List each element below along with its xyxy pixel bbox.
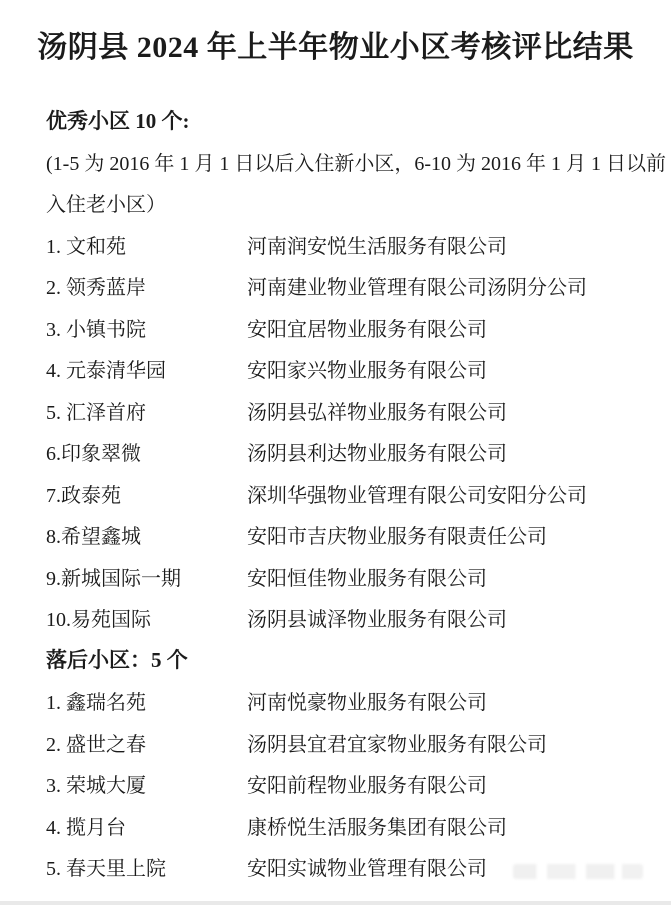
community-label: 4. 元泰清华园 bbox=[46, 354, 247, 383]
company-name: 安阳市吉庆物业服务有限责任公司 bbox=[247, 520, 547, 549]
community-label: 5. 春天里上院 bbox=[46, 852, 247, 881]
community-label: 1. 鑫瑞名苑 bbox=[46, 686, 247, 715]
community-label: 7.政泰苑 bbox=[46, 479, 247, 508]
excellent-item-row: 2. 领秀蓝岸 河南建业物业管理有限公司汤阴分公司 bbox=[46, 265, 665, 307]
watermark bbox=[513, 864, 643, 879]
page-title: 汤阴县 2024 年上半年物业小区考核评比结果 bbox=[0, 22, 671, 66]
company-name: 深圳华强物业管理有限公司安阳分公司 bbox=[247, 479, 587, 508]
excellent-item-row: 5. 汇泽首府 汤阴县弘祥物业服务有限公司 bbox=[46, 390, 665, 432]
lagging-item-row: 1. 鑫瑞名苑 河南悦豪物业服务有限公司 bbox=[46, 680, 665, 722]
company-name: 康桥悦生活服务集团有限公司 bbox=[247, 811, 507, 840]
community-label: 10.易苑国际 bbox=[46, 603, 247, 632]
community-label: 2. 盛世之春 bbox=[46, 728, 247, 757]
company-name: 河南建业物业管理有限公司汤阴分公司 bbox=[247, 271, 587, 300]
excellent-item-row: 6.印象翠微 汤阴县利达物业服务有限公司 bbox=[46, 431, 665, 473]
document-body: 优秀小区 10 个: (1-5 为 2016 年 1 月 1 日以后入住新小区，… bbox=[46, 99, 665, 888]
excellent-item-row: 1. 文和苑 河南润安悦生活服务有限公司 bbox=[46, 224, 665, 266]
excellent-item-row: 10.易苑国际 汤阴县诚泽物业服务有限公司 bbox=[46, 597, 665, 639]
company-name: 安阳宜居物业服务有限公司 bbox=[247, 313, 487, 342]
excellent-item-row: 4. 元泰清华园 安阳家兴物业服务有限公司 bbox=[46, 348, 665, 390]
community-label: 1. 文和苑 bbox=[46, 230, 247, 259]
page-bottom-edge bbox=[0, 901, 671, 905]
company-name: 安阳恒佳物业服务有限公司 bbox=[247, 562, 487, 591]
lagging-section-heading: 落后小区：5 个 bbox=[46, 639, 665, 681]
excellent-note-line-2: 入住老小区） bbox=[46, 182, 665, 224]
excellent-note-line-1: (1-5 为 2016 年 1 月 1 日以后入住新小区，6-10 为 2016… bbox=[46, 141, 665, 183]
company-name: 安阳前程物业服务有限公司 bbox=[247, 769, 487, 798]
company-name: 河南润安悦生活服务有限公司 bbox=[247, 230, 507, 259]
excellent-item-row: 3. 小镇书院 安阳宜居物业服务有限公司 bbox=[46, 307, 665, 349]
company-name: 汤阴县利达物业服务有限公司 bbox=[247, 437, 507, 466]
community-label: 4. 揽月台 bbox=[46, 811, 247, 840]
community-label: 8.希望鑫城 bbox=[46, 520, 247, 549]
company-name: 汤阴县弘祥物业服务有限公司 bbox=[247, 396, 507, 425]
excellent-item-row: 9.新城国际一期 安阳恒佳物业服务有限公司 bbox=[46, 556, 665, 598]
company-name: 汤阴县诚泽物业服务有限公司 bbox=[247, 603, 507, 632]
company-name: 安阳实诚物业管理有限公司 bbox=[247, 852, 487, 881]
lagging-item-row: 4. 揽月台 康桥悦生活服务集团有限公司 bbox=[46, 805, 665, 847]
company-name: 河南悦豪物业服务有限公司 bbox=[247, 686, 487, 715]
community-label: 3. 小镇书院 bbox=[46, 313, 247, 342]
company-name: 汤阴县宜君宜家物业服务有限公司 bbox=[247, 728, 547, 757]
lagging-item-row: 2. 盛世之春 汤阴县宜君宜家物业服务有限公司 bbox=[46, 722, 665, 764]
excellent-item-row: 8.希望鑫城 安阳市吉庆物业服务有限责任公司 bbox=[46, 514, 665, 556]
community-label: 9.新城国际一期 bbox=[46, 562, 247, 591]
community-label: 3. 荣城大厦 bbox=[46, 769, 247, 798]
company-name: 安阳家兴物业服务有限公司 bbox=[247, 354, 487, 383]
community-label: 6.印象翠微 bbox=[46, 437, 247, 466]
lagging-item-row: 3. 荣城大厦 安阳前程物业服务有限公司 bbox=[46, 763, 665, 805]
excellent-section-heading: 优秀小区 10 个: bbox=[46, 99, 665, 141]
community-label: 2. 领秀蓝岸 bbox=[46, 271, 247, 300]
community-label: 5. 汇泽首府 bbox=[46, 396, 247, 425]
excellent-item-row: 7.政泰苑 深圳华强物业管理有限公司安阳分公司 bbox=[46, 473, 665, 515]
